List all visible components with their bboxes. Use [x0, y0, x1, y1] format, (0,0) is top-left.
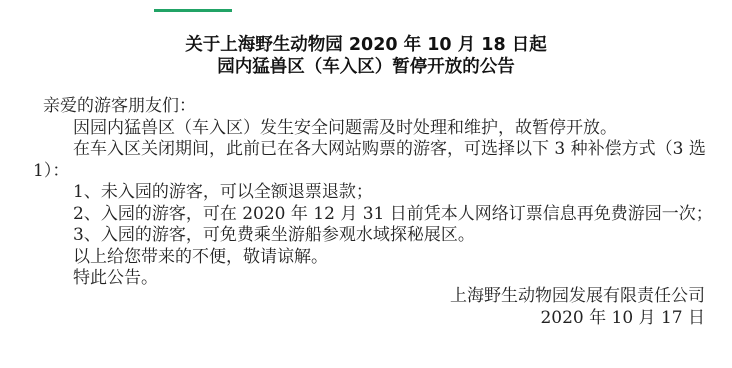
option-1-line: 1、未入园的游客，可以全额退票退款； — [33, 182, 713, 204]
notice-title: 关于上海野生动物园 2020 年 10 月 18 日起 园内猛兽区（车入区）暂停… — [0, 34, 732, 78]
notice-title-line1: 关于上海野生动物园 2020 年 10 月 18 日起 — [0, 34, 732, 56]
reason-line: 因园内猛兽区（车入区）发生安全问题需及时处理和维护，故暂停开放。 — [33, 118, 713, 140]
compensation-intro-line: 在车入区关闭期间，此前已在各大网站购票的游客，可选择以下 3 种补偿方式（3 选 — [33, 139, 713, 161]
wrap-continuation-line: 1）： — [33, 161, 713, 183]
option-2-line: 2、入园的游客，可在 2020 年 12 月 31 日前凭本人网络订票信息再免费… — [33, 204, 713, 226]
notice-body: 亲爱的游客朋友们： 因园内猛兽区（车入区）发生安全问题需及时处理和维护，故暂停开… — [33, 96, 713, 290]
notice-page: 关于上海野生动物园 2020 年 10 月 18 日起 园内猛兽区（车入区）暂停… — [0, 0, 732, 368]
apology-line: 以上给您带来的不便，敬请谅解。 — [33, 247, 713, 269]
salutation-line: 亲爱的游客朋友们： — [33, 96, 713, 118]
notice-title-line2: 园内猛兽区（车入区）暂停开放的公告 — [0, 56, 732, 78]
option-3-line: 3、入园的游客，可免费乘坐游船参观水域探秘展区。 — [33, 225, 713, 247]
signature: 上海野生动物园发展有限责任公司 2020 年 10 月 17 日 — [450, 285, 705, 329]
top-divider — [154, 9, 232, 12]
signature-date: 2020 年 10 月 17 日 — [450, 307, 705, 329]
signature-company: 上海野生动物园发展有限责任公司 — [450, 285, 705, 307]
